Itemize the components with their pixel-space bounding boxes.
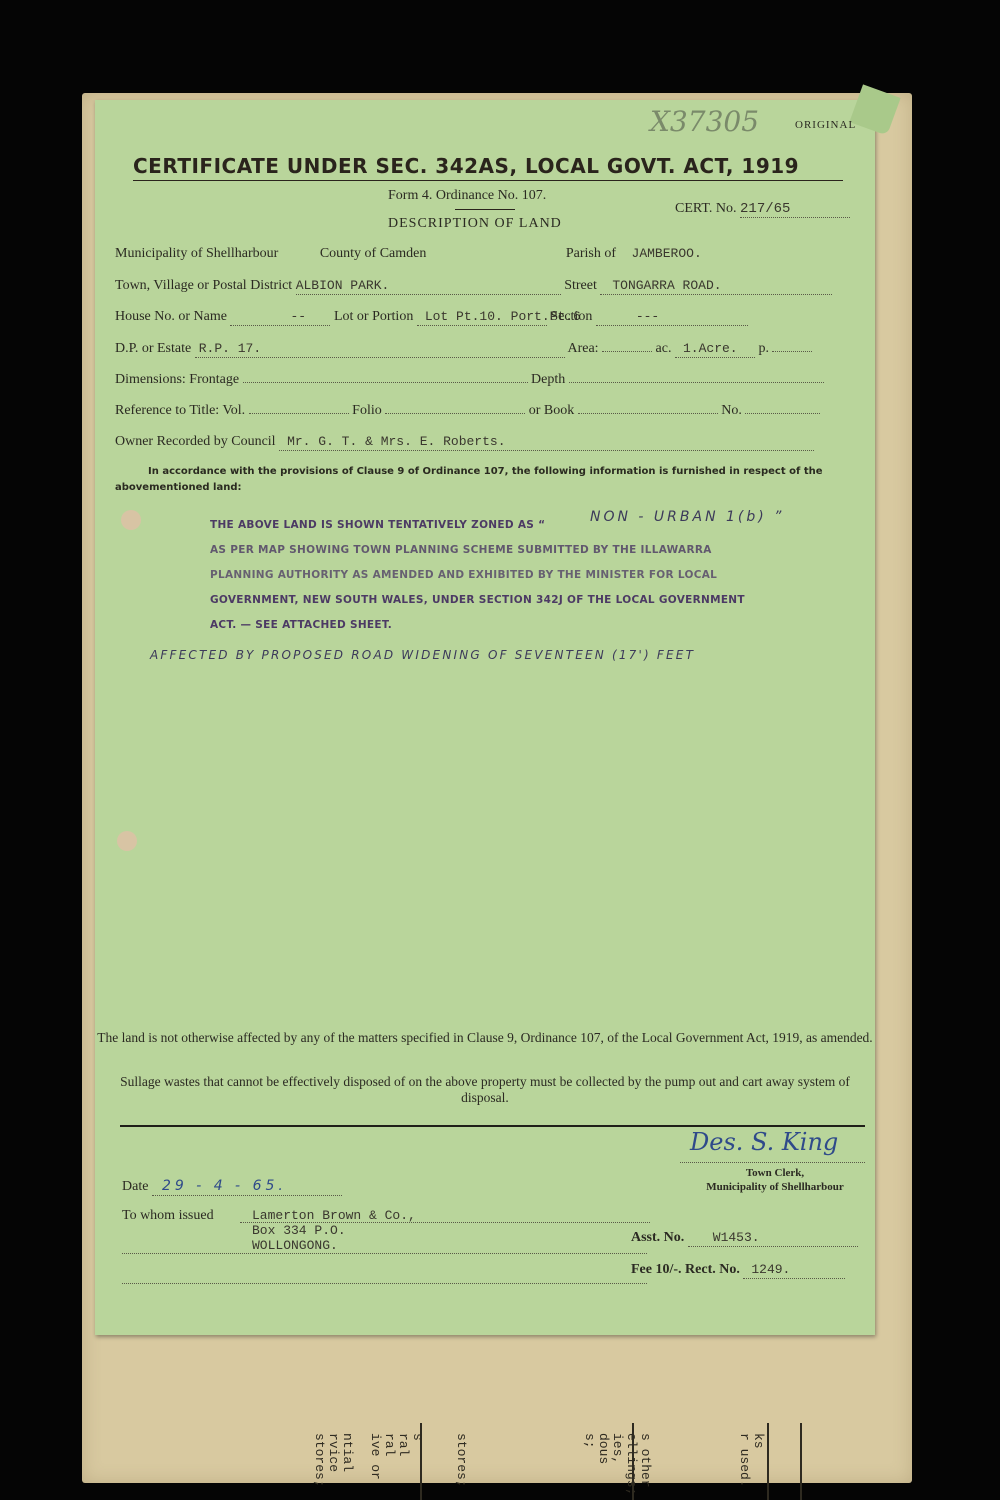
handwritten-reference: X37305 — [650, 105, 759, 138]
row-title-reference: Reference to Title: Vol. Folio or Book N… — [115, 403, 860, 419]
house-value: -- — [290, 309, 306, 324]
row-town: Town, Village or Postal District ALBION … — [115, 278, 860, 295]
stamp-line: GOVERNMENT, NEW SOUTH WALES, UNDER SECTI… — [210, 588, 780, 613]
signature-line — [680, 1162, 865, 1163]
dp-value: R.P. 17. — [199, 341, 261, 356]
asst-value: W1453. — [713, 1230, 760, 1245]
back-column-rule — [420, 1423, 422, 1500]
footer-divider — [120, 1125, 865, 1127]
issued-dotted-line — [122, 1253, 647, 1254]
divider — [455, 209, 515, 210]
zoning-stamp: THE ABOVE LAND IS SHOWN TENTATIVELY ZONE… — [210, 513, 780, 638]
municipality-label: Municipality of Shellharbour — [115, 246, 278, 261]
original-label: ORIGINAL — [795, 119, 856, 131]
asst-label: Asst. No. — [631, 1230, 684, 1245]
area-value: 1.Acre. — [683, 341, 738, 356]
street-label: Street — [564, 278, 597, 293]
issued-dotted-line — [240, 1222, 650, 1223]
owner-label: Owner Recorded by Council — [115, 434, 276, 449]
back-text-fragment-4: ks r used. — [737, 1433, 765, 1488]
issued-line: Box 334 P.O. — [252, 1223, 592, 1238]
cert-value: 217/65 — [740, 201, 790, 217]
parish-label: Parish of — [566, 246, 616, 261]
cert-label: CERT. No. — [675, 201, 737, 216]
issued-to-value: Lamerton Brown & Co., Box 334 P.O. WOLLO… — [252, 1208, 592, 1253]
town-value: ALBION PARK. — [296, 278, 390, 293]
house-label: House No. or Name — [115, 309, 227, 324]
zoning-handwritten: NON - URBAN 1(b) ” — [590, 509, 784, 525]
frontage-label: Dimensions: Frontage — [115, 372, 239, 387]
road-widening-note: AFFECTED BY PROPOSED ROAD WIDENING OF SE… — [150, 648, 695, 662]
punch-hole — [117, 831, 137, 851]
asst-field: Asst. No. W1453. — [631, 1230, 858, 1247]
dp-label: D.P. or Estate — [115, 341, 191, 356]
signer-title: Town Clerk, — [690, 1166, 860, 1180]
row-owner: Owner Recorded by Council Mr. G. T. & Mr… — [115, 434, 860, 451]
issued-to-field: To whom issued — [122, 1208, 214, 1224]
issued-line: WOLLONGONG. — [252, 1238, 592, 1253]
county-label: County of Camden — [320, 246, 427, 261]
area-label: Area: — [567, 341, 598, 356]
signer-org: Municipality of Shellharbour — [690, 1180, 860, 1194]
issued-line: Lamerton Brown & Co., — [252, 1208, 592, 1223]
punch-hole — [121, 510, 141, 530]
back-column-rule — [767, 1423, 769, 1500]
row-dp: D.P. or Estate R.P. 17. Area: ac. 1.Acre… — [115, 341, 860, 358]
rect-value: 1249. — [751, 1262, 790, 1277]
not-affected-paragraph: The land is not otherwise affected by an… — [95, 1030, 875, 1046]
stamp-line: PLANNING AUTHORITY AS AMENDED AND EXHIBI… — [210, 563, 780, 588]
back-column-rule — [800, 1423, 802, 1500]
provisions-paragraph: In accordance with the provisions of Cla… — [115, 464, 860, 496]
date-value: 29 - 4 - 65. — [162, 1178, 287, 1194]
fee-field: Fee 10/-. Rect. No. 1249. — [631, 1262, 845, 1279]
back-text-fragment-3: s other ellings; ies, dous s; — [582, 1433, 652, 1495]
cert-number: CERT. No. 217/65 — [675, 201, 850, 218]
town-clerk-signature: Des. S. King — [690, 1128, 838, 1156]
no-label: No. — [721, 403, 742, 418]
issued-label: To whom issued — [122, 1208, 214, 1223]
date-label: Date — [122, 1179, 148, 1194]
stamp-line: AS PER MAP SHOWING TOWN PLANNING SCHEME … — [210, 538, 780, 563]
issued-dotted-line — [122, 1283, 647, 1284]
row-house: House No. or Name -- Lot or Portion Lot … — [115, 309, 860, 326]
back-text-fragment-1: s ral ral ive or ntial rvice stores; — [312, 1433, 424, 1488]
form-line: Form 4. Ordinance No. 107. — [388, 188, 546, 204]
row-dimensions: Dimensions: Frontage Depth — [115, 372, 860, 388]
certificate-title: CERTIFICATE UNDER SEC. 342AS, LOCAL GOVT… — [133, 154, 843, 181]
area-ac-label: ac. — [656, 341, 672, 356]
street-value: TONGARRA ROAD. — [612, 278, 721, 293]
signer-block: Town Clerk, Municipality of Shellharbour — [690, 1166, 860, 1194]
date-field: Date 29 - 4 - 65. — [122, 1178, 342, 1196]
area-p-label: p. — [758, 341, 769, 356]
sullage-paragraph: Sullage wastes that cannot be effectivel… — [95, 1074, 875, 1106]
section-value: --- — [636, 309, 659, 324]
section-label: Section — [550, 309, 592, 324]
town-label: Town, Village or Postal District — [115, 278, 292, 293]
depth-label: Depth — [531, 372, 565, 387]
owner-value: Mr. G. T. & Mrs. E. Roberts. — [287, 434, 505, 449]
vol-label: Reference to Title: Vol. — [115, 403, 245, 418]
fee-label: Fee 10/-. Rect. No. — [631, 1262, 740, 1277]
description-heading: DESCRIPTION OF LAND — [388, 216, 562, 232]
stamp-line: ACT. — SEE ATTACHED SHEET. — [210, 613, 780, 638]
folio-label: Folio — [352, 403, 382, 418]
parish-value: JAMBEROO. — [632, 246, 702, 261]
lot-label: Lot or Portion — [334, 309, 413, 324]
back-column-rule — [632, 1423, 634, 1500]
back-text-fragment-2: stores; — [454, 1433, 468, 1488]
row-municipality: Municipality of Shellharbour County of C… — [115, 246, 860, 262]
book-label: or Book — [529, 403, 575, 418]
